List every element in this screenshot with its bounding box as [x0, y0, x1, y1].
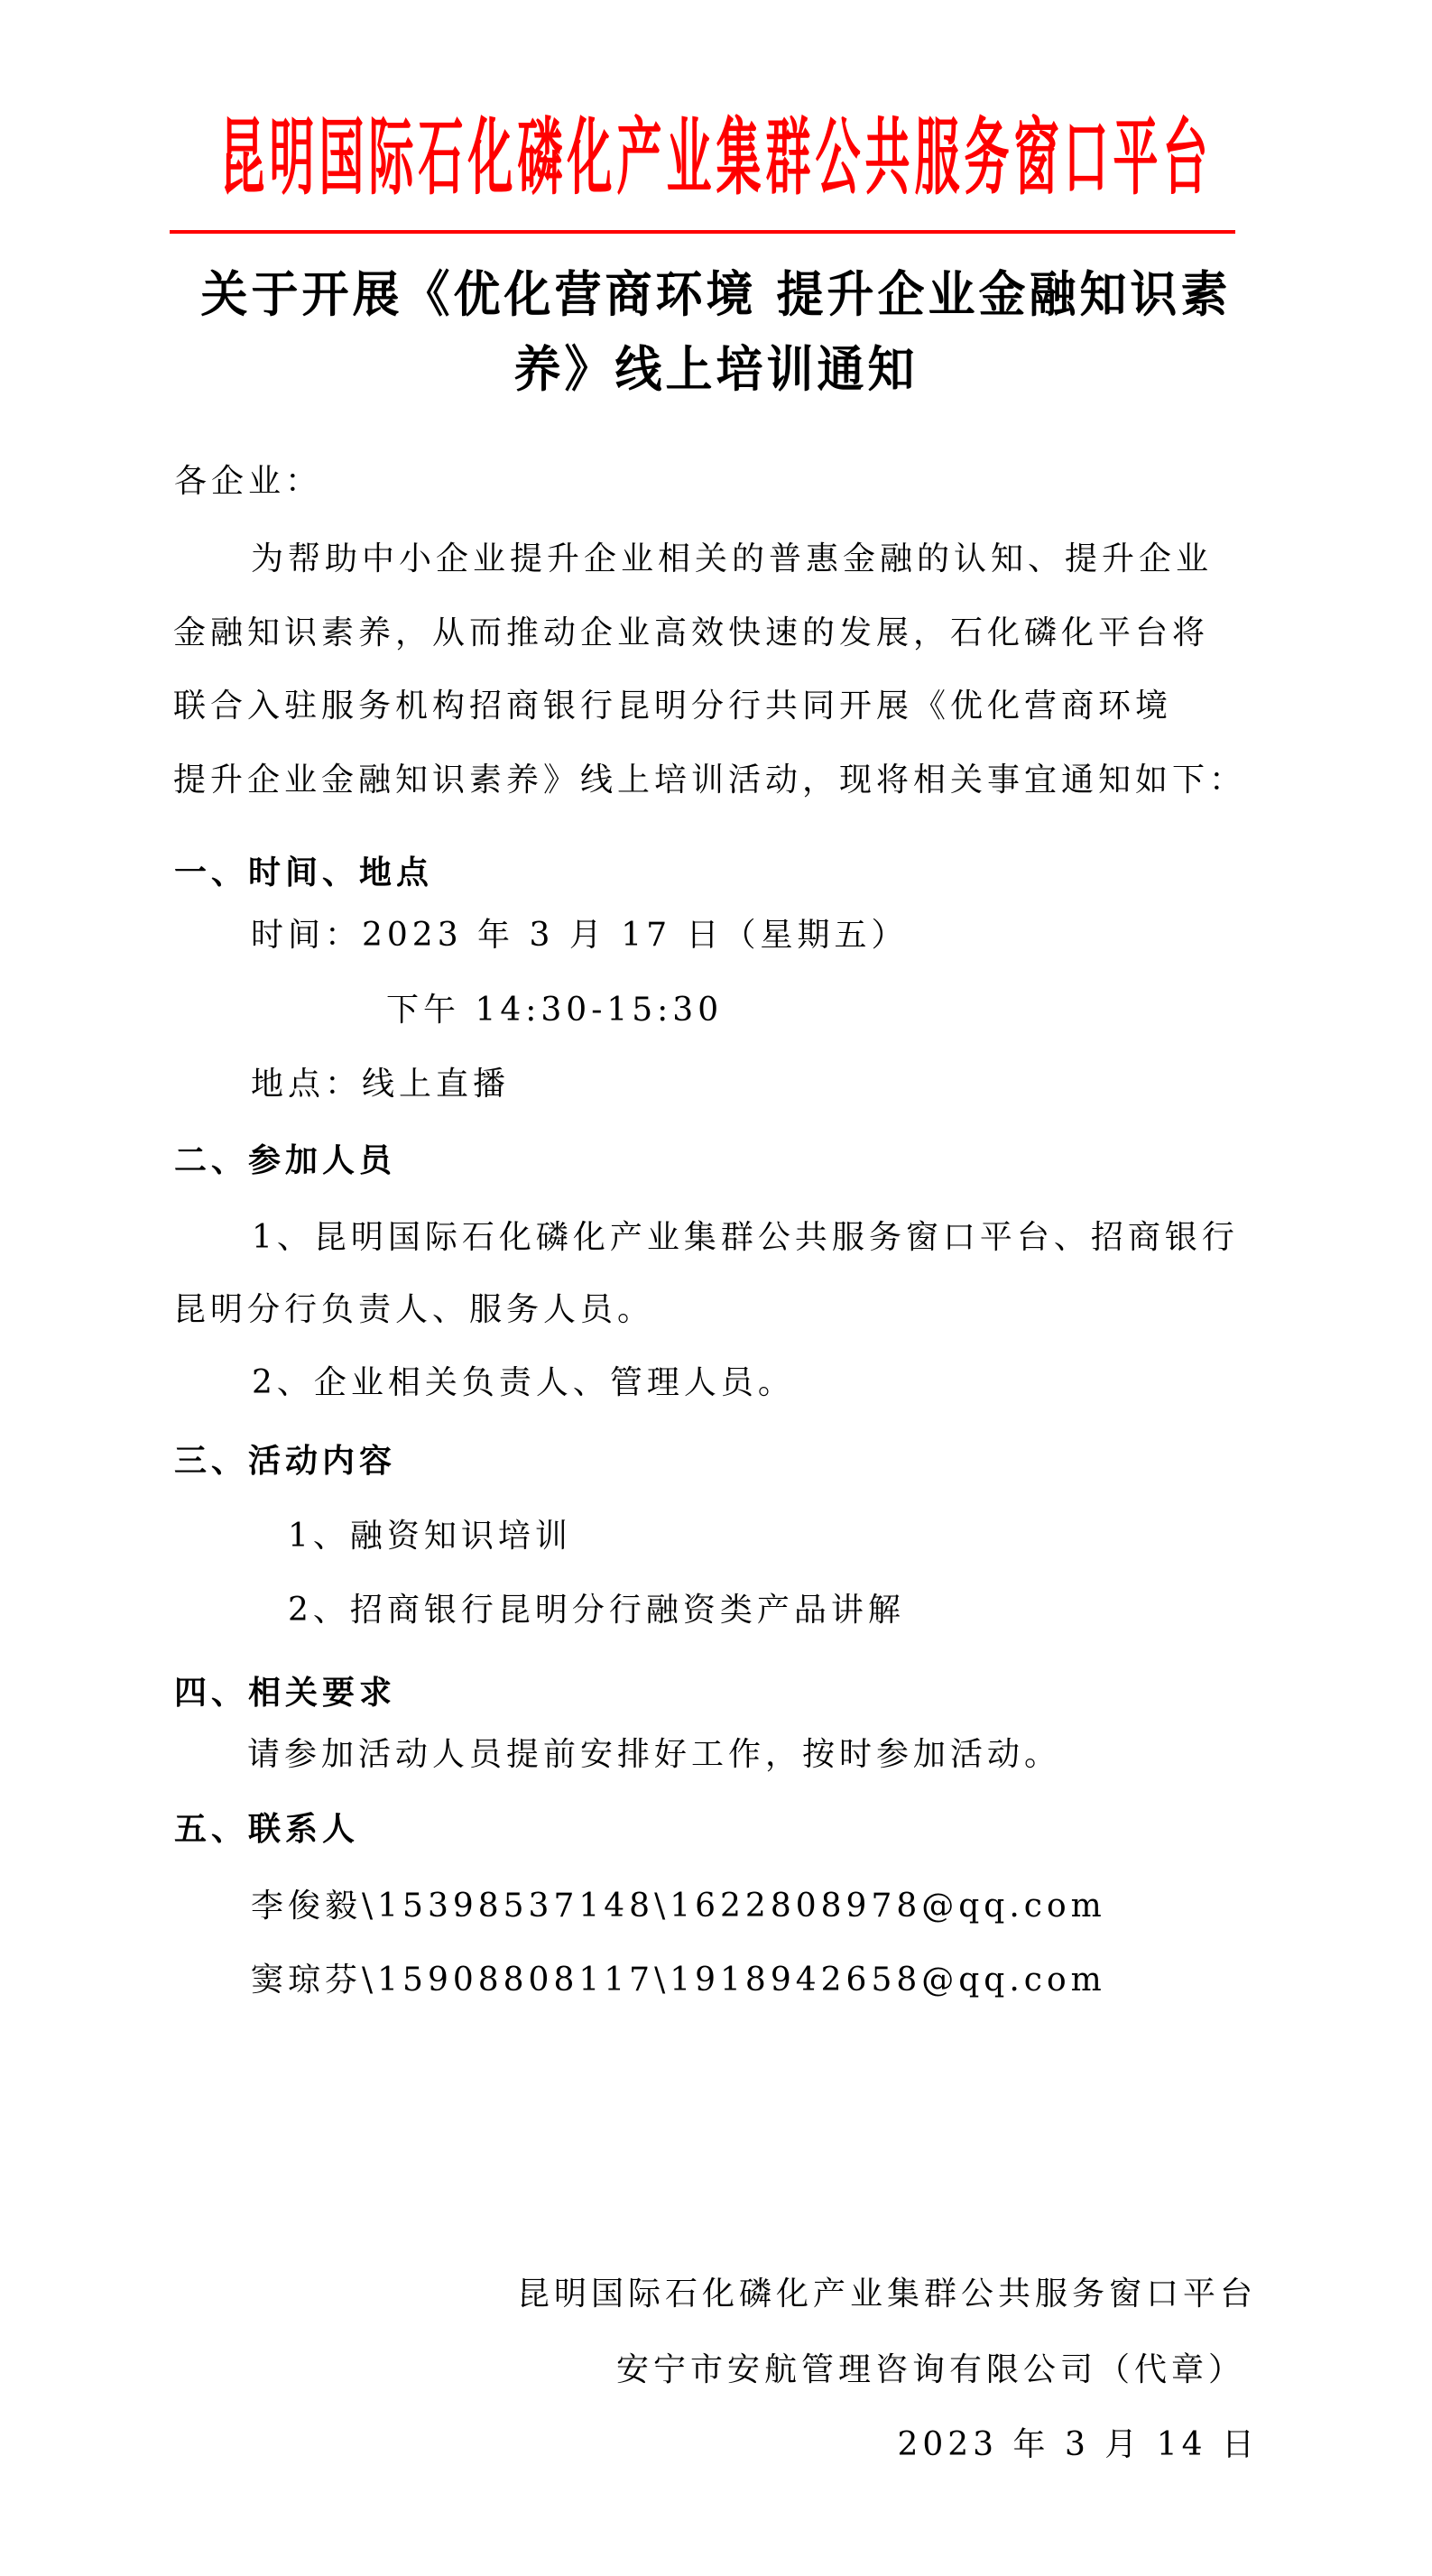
section-heading-participants: 二、参加人员 — [174, 1134, 396, 1188]
masthead-title: 昆明国际石化磷化产业集群公共服务窗口平台 — [0, 108, 1432, 208]
footer-org-2-seal: 安宁市安航管理咨询有限公司（代章） — [616, 2343, 1245, 2397]
content-item-2: 2、招商银行昆明分行融资类产品讲解 — [288, 1583, 905, 1638]
footer-date: 2023 年 3 月 14 日 — [897, 2418, 1259, 2472]
participants-item-1-cont: 昆明分行负责人、服务人员。 — [173, 1283, 654, 1337]
notice-title-text-1: 关于开展《优化营商环境 提升企业金融知识素 — [200, 262, 1231, 328]
section-heading-content: 三、活动内容 — [174, 1435, 396, 1489]
intro-line-4: 提升企业金融知识素养》线上培训活动，现将相关事宜通知如下： — [173, 753, 1246, 808]
intro-line-2: 金融知识素养，从而推动企业高效快速的发展，石化磷化平台将 — [173, 606, 1209, 660]
section-heading-requirements: 四、相关要求 — [174, 1667, 396, 1721]
section-heading-time-place: 一、时间、地点 — [174, 846, 433, 900]
footer-org-1: 昆明国际石化磷化产业集群公共服务窗口平台 — [517, 2267, 1257, 2322]
masthead-title-text: 昆明国际石化磷化产业集群公共服务窗口平台 — [220, 66, 1213, 250]
place-line: 地点：线上直播 — [251, 1057, 510, 1112]
contact-1: 李俊毅\15398537148\1622808978@qq.com — [251, 1879, 1106, 1934]
participants-item-2: 2、企业相关负责人、管理人员。 — [252, 1356, 795, 1410]
time-line: 时间：2023 年 3 月 17 日（星期五） — [251, 909, 909, 963]
time-range-line: 下午 14:30-15:30 — [386, 983, 723, 1038]
notice-title-line-2: 养》线上培训通知 — [0, 338, 1432, 402]
masthead-red-rule — [170, 230, 1235, 234]
contact-2: 窦琼芬\15908808117\1918942658@qq.com — [251, 1953, 1106, 2008]
content-item-1: 1、融资知识培训 — [288, 1510, 572, 1564]
participants-item-1: 1、昆明国际石化磷化产业集群公共服务窗口平台、招商银行 — [252, 1211, 1239, 1265]
notice-title-text-2: 养》线上培训通知 — [513, 337, 918, 403]
notice-title-line-1: 关于开展《优化营商环境 提升企业金融知识素 — [0, 263, 1432, 327]
document-page: 昆明国际石化磷化产业集群公共服务窗口平台 关于开展《优化营商环境 提升企业金融知… — [0, 0, 1432, 2576]
section-heading-contacts: 五、联系人 — [174, 1803, 359, 1857]
salutation: 各企业： — [174, 455, 322, 509]
intro-line-3: 联合入驻服务机构招商银行昆明分行共同开展《优化营商环境 — [173, 679, 1172, 734]
intro-line-1: 为帮助中小企业提升企业相关的普惠金融的认知、提升企业 — [251, 532, 1213, 586]
requirements-line: 请参加活动人员提前安排好工作，按时参加活动。 — [247, 1728, 1061, 1782]
